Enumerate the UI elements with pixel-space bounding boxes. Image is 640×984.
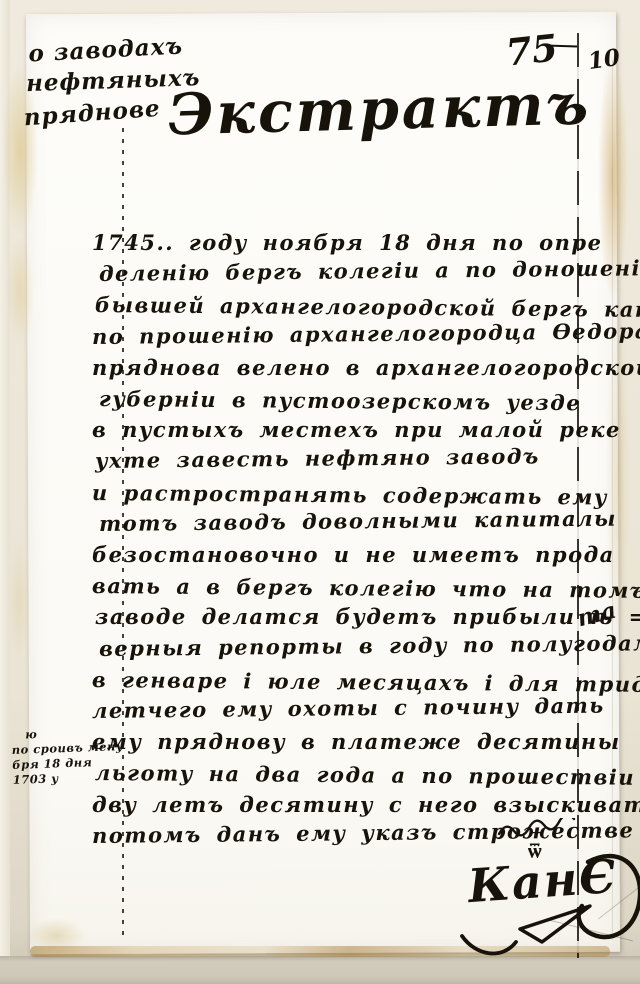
manuscript-line: летчего ему охоты с почину дать bbox=[92, 690, 592, 726]
document-title: Экстрактъ bbox=[167, 70, 592, 148]
manuscript-body: 1745.. году ноября 18 дня по определенію… bbox=[92, 227, 592, 851]
manuscript-line: льготу на два года а по прошествіи техъ bbox=[95, 757, 592, 793]
manuscript-line: верныя репорты в году по полугодамъ = bbox=[99, 627, 592, 663]
manuscript-line: вать а в бергъ колегію что на томъ bbox=[92, 570, 592, 606]
manuscript-line: ухте завесть нефтяно заводъ bbox=[95, 440, 592, 476]
signature-text: КанЄ bbox=[466, 849, 619, 913]
clerk-signature: ѿ КанЄ bbox=[468, 842, 638, 962]
stain-left-middle bbox=[8, 540, 30, 660]
manuscript-line: ему пряднову в платеже десятины bbox=[92, 726, 592, 757]
page-number: 10 bbox=[586, 44, 621, 75]
manuscript-line: безостановочно и не имеетъ прода bbox=[92, 539, 592, 570]
manuscript-line: тотъ заводъ доволными капиталы bbox=[99, 503, 592, 539]
manuscript-line: деленію бергъ колегіи а по доношенію bbox=[99, 253, 592, 289]
manuscript-line: по прошенію архангелогородца Ѳедора bbox=[92, 315, 592, 351]
manuscript-line: губерніи в пустоозерскомъ уезде bbox=[99, 383, 592, 419]
scanned-archive-page: о заводахънефтяныхъпряднове 75 10 Экстра… bbox=[0, 0, 640, 984]
folio-number: 75 bbox=[504, 25, 560, 74]
manuscript-line: пряднова велено в архангелогородской bbox=[92, 352, 592, 383]
scan-left-edge bbox=[0, 0, 10, 984]
side-margin-note: юпо сроивъ менубря 18 дня1703 у bbox=[11, 724, 125, 788]
